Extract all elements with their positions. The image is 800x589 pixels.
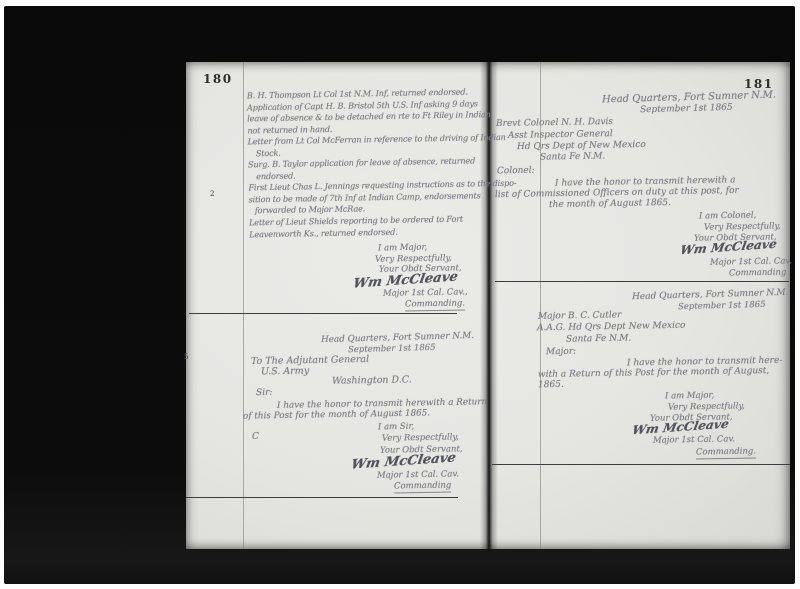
stray-pen-mark: C xyxy=(252,432,259,442)
section-rule xyxy=(186,497,458,498)
salutation: Sir: xyxy=(256,388,273,398)
commanding-line: Commanding. xyxy=(696,446,756,459)
commanding-line: Commanding xyxy=(394,481,452,494)
body-line: 1865. xyxy=(538,380,564,390)
margin-numeral: 2 xyxy=(210,190,214,198)
section-rule xyxy=(495,281,789,282)
salutation: Colonel: xyxy=(497,166,535,177)
commanding-line: Commanding. xyxy=(405,298,465,311)
section-rule xyxy=(492,464,790,465)
left-page-margin-line xyxy=(243,62,244,549)
closing-line: Very Respectfully, xyxy=(704,221,781,232)
signature-title: Major 1st Cal. Cav. xyxy=(653,434,735,445)
addressee-line: Asst Inspector General xyxy=(508,129,613,141)
addressee-line: Santa Fe N.M. xyxy=(566,333,632,344)
margin-numeral: 5 xyxy=(184,353,188,361)
section-rule xyxy=(189,313,457,314)
addressee-line: To The Adjutant General xyxy=(251,354,369,367)
closing-line: I am Colonel, xyxy=(699,211,756,222)
body-line: the month of August 1865. xyxy=(549,198,671,210)
addressee-line: Brevt Colonel N. H. Davis xyxy=(496,117,613,129)
addressee-line: Major B. C. Cutler xyxy=(538,310,622,321)
microfilm-scan: 180 181 2 5 C B. H. Thompson Lt Col 1st … xyxy=(0,0,800,589)
closing-line: Very Respectfully, xyxy=(382,432,459,443)
closing-line: I am Major, xyxy=(665,391,714,402)
closing-line: Very Respectfully, xyxy=(668,401,745,412)
signature-title: Major 1st Cal. Cav. xyxy=(710,256,792,267)
addressee-line: Washington D.C. xyxy=(332,374,412,386)
signature-title: Major 1st Cal. Cav. xyxy=(377,469,459,480)
closing-line: I am Sir, xyxy=(378,422,414,433)
left-page-number: 180 xyxy=(203,72,233,86)
closing-line: I am Major, xyxy=(378,243,427,254)
addressee-line: U.S. Army xyxy=(261,366,309,378)
addressee-line: Santa Fe N.M. xyxy=(540,151,606,162)
salutation: Major: xyxy=(546,347,576,358)
signature-title: Major 1st Cal. Cav., xyxy=(383,287,468,298)
commanding-line: Commanding xyxy=(729,268,787,279)
register-entries: B. H. Thompson Lt Col 1st N.M. Inf, retu… xyxy=(247,86,518,241)
